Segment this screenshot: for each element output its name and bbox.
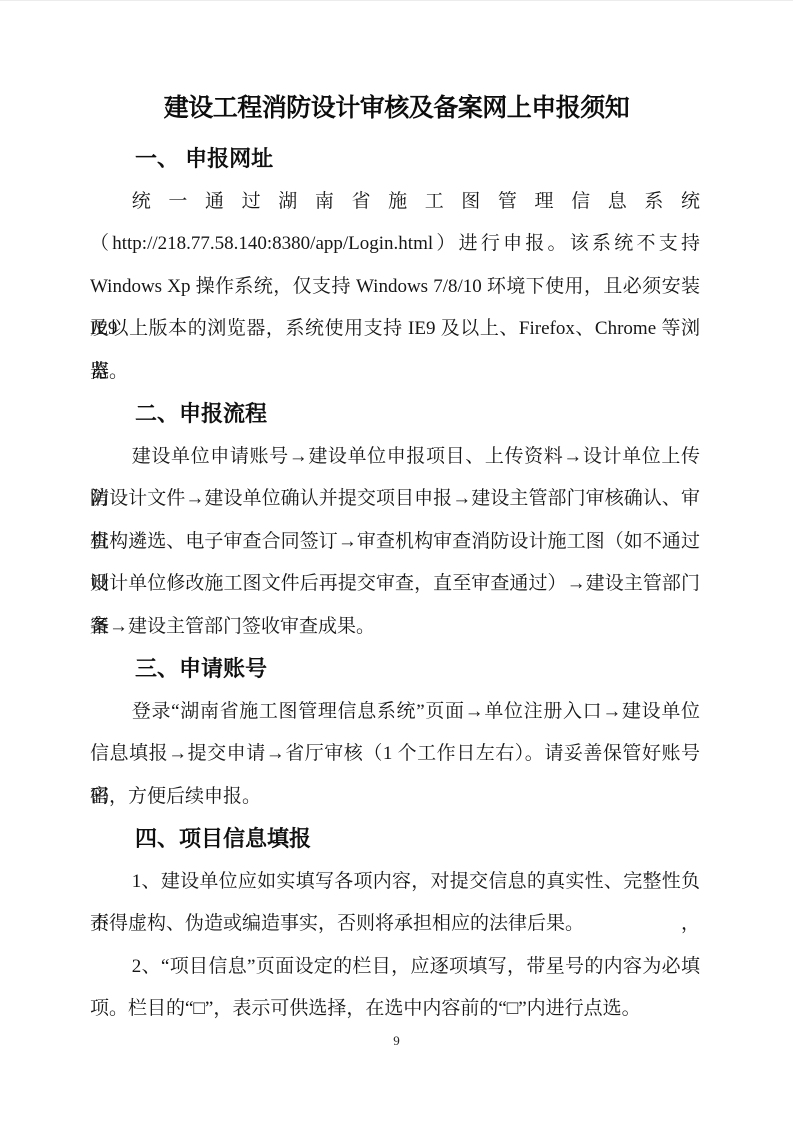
body-line: Windows Xp 操作系统，仅支持 Windows 7/8/10 环境下使用…: [90, 266, 700, 309]
page-title: 建设工程消防设计审核及备案网上申报须知: [0, 87, 793, 130]
body-line: 机构遴选、电子审查合同签订→审查机构审查消防设计施工图（如不通过则: [90, 521, 700, 564]
body-line: 统一通过湖南省施工图管理信息系统: [90, 181, 700, 224]
section-heading-declaration-process: 二、申报流程: [90, 393, 700, 436]
body-line: 登录“湖南省施工图管理信息系统”页面→单位注册入口→建设单位: [90, 691, 700, 734]
body-line: 码，方便后续申报。: [90, 776, 700, 819]
body-line: （http://218.77.58.140:8380/app/Login.htm…: [90, 223, 700, 266]
body-line: 器。: [90, 351, 700, 394]
document-body: 一、 申报网址 统一通过湖南省施工图管理信息系统 （http://218.77.…: [90, 138, 700, 1031]
document-page: 建设工程消防设计审核及备案网上申报须知 一、 申报网址 统一通过湖南省施工图管理…: [0, 0, 793, 1122]
body-line: 信息填报→提交申请→省厅审核（1 个工作日左右）。请妥善保管好账号密: [90, 733, 700, 776]
body-line: 案→建设主管部门签收审查成果。: [90, 606, 700, 649]
body-line: 1、建设单位应如实填写各项内容，对提交信息的真实性、完整性负责，: [90, 861, 700, 904]
section-heading-account-application: 三、申请账号: [90, 648, 700, 691]
body-line: 2、“项目信息”页面设定的栏目，应逐项填写，带星号的内容为必填: [90, 946, 700, 989]
section-heading-declaration-url: 一、 申报网址: [90, 138, 700, 181]
body-line: 防设计文件→建设单位确认并提交项目申报→建设主管部门审核确认、审查: [90, 478, 700, 521]
body-line: 建设单位申请账号→建设单位申报项目、上传资料→设计单位上传消: [90, 436, 700, 479]
body-line: 项。栏目的“□”，表示可供选择，在选中内容前的“□”内进行点选。: [90, 988, 700, 1031]
page-number: 9: [0, 1033, 793, 1049]
section-heading-project-info: 四、项目信息填报: [90, 818, 700, 861]
body-line: 设计单位修改施工图文件后再提交审查，直至审查通过）→建设主管部门备: [90, 563, 700, 606]
body-line: 及以上版本的浏览器，系统使用支持 IE9 及以上、Firefox、Chrome …: [90, 308, 700, 351]
